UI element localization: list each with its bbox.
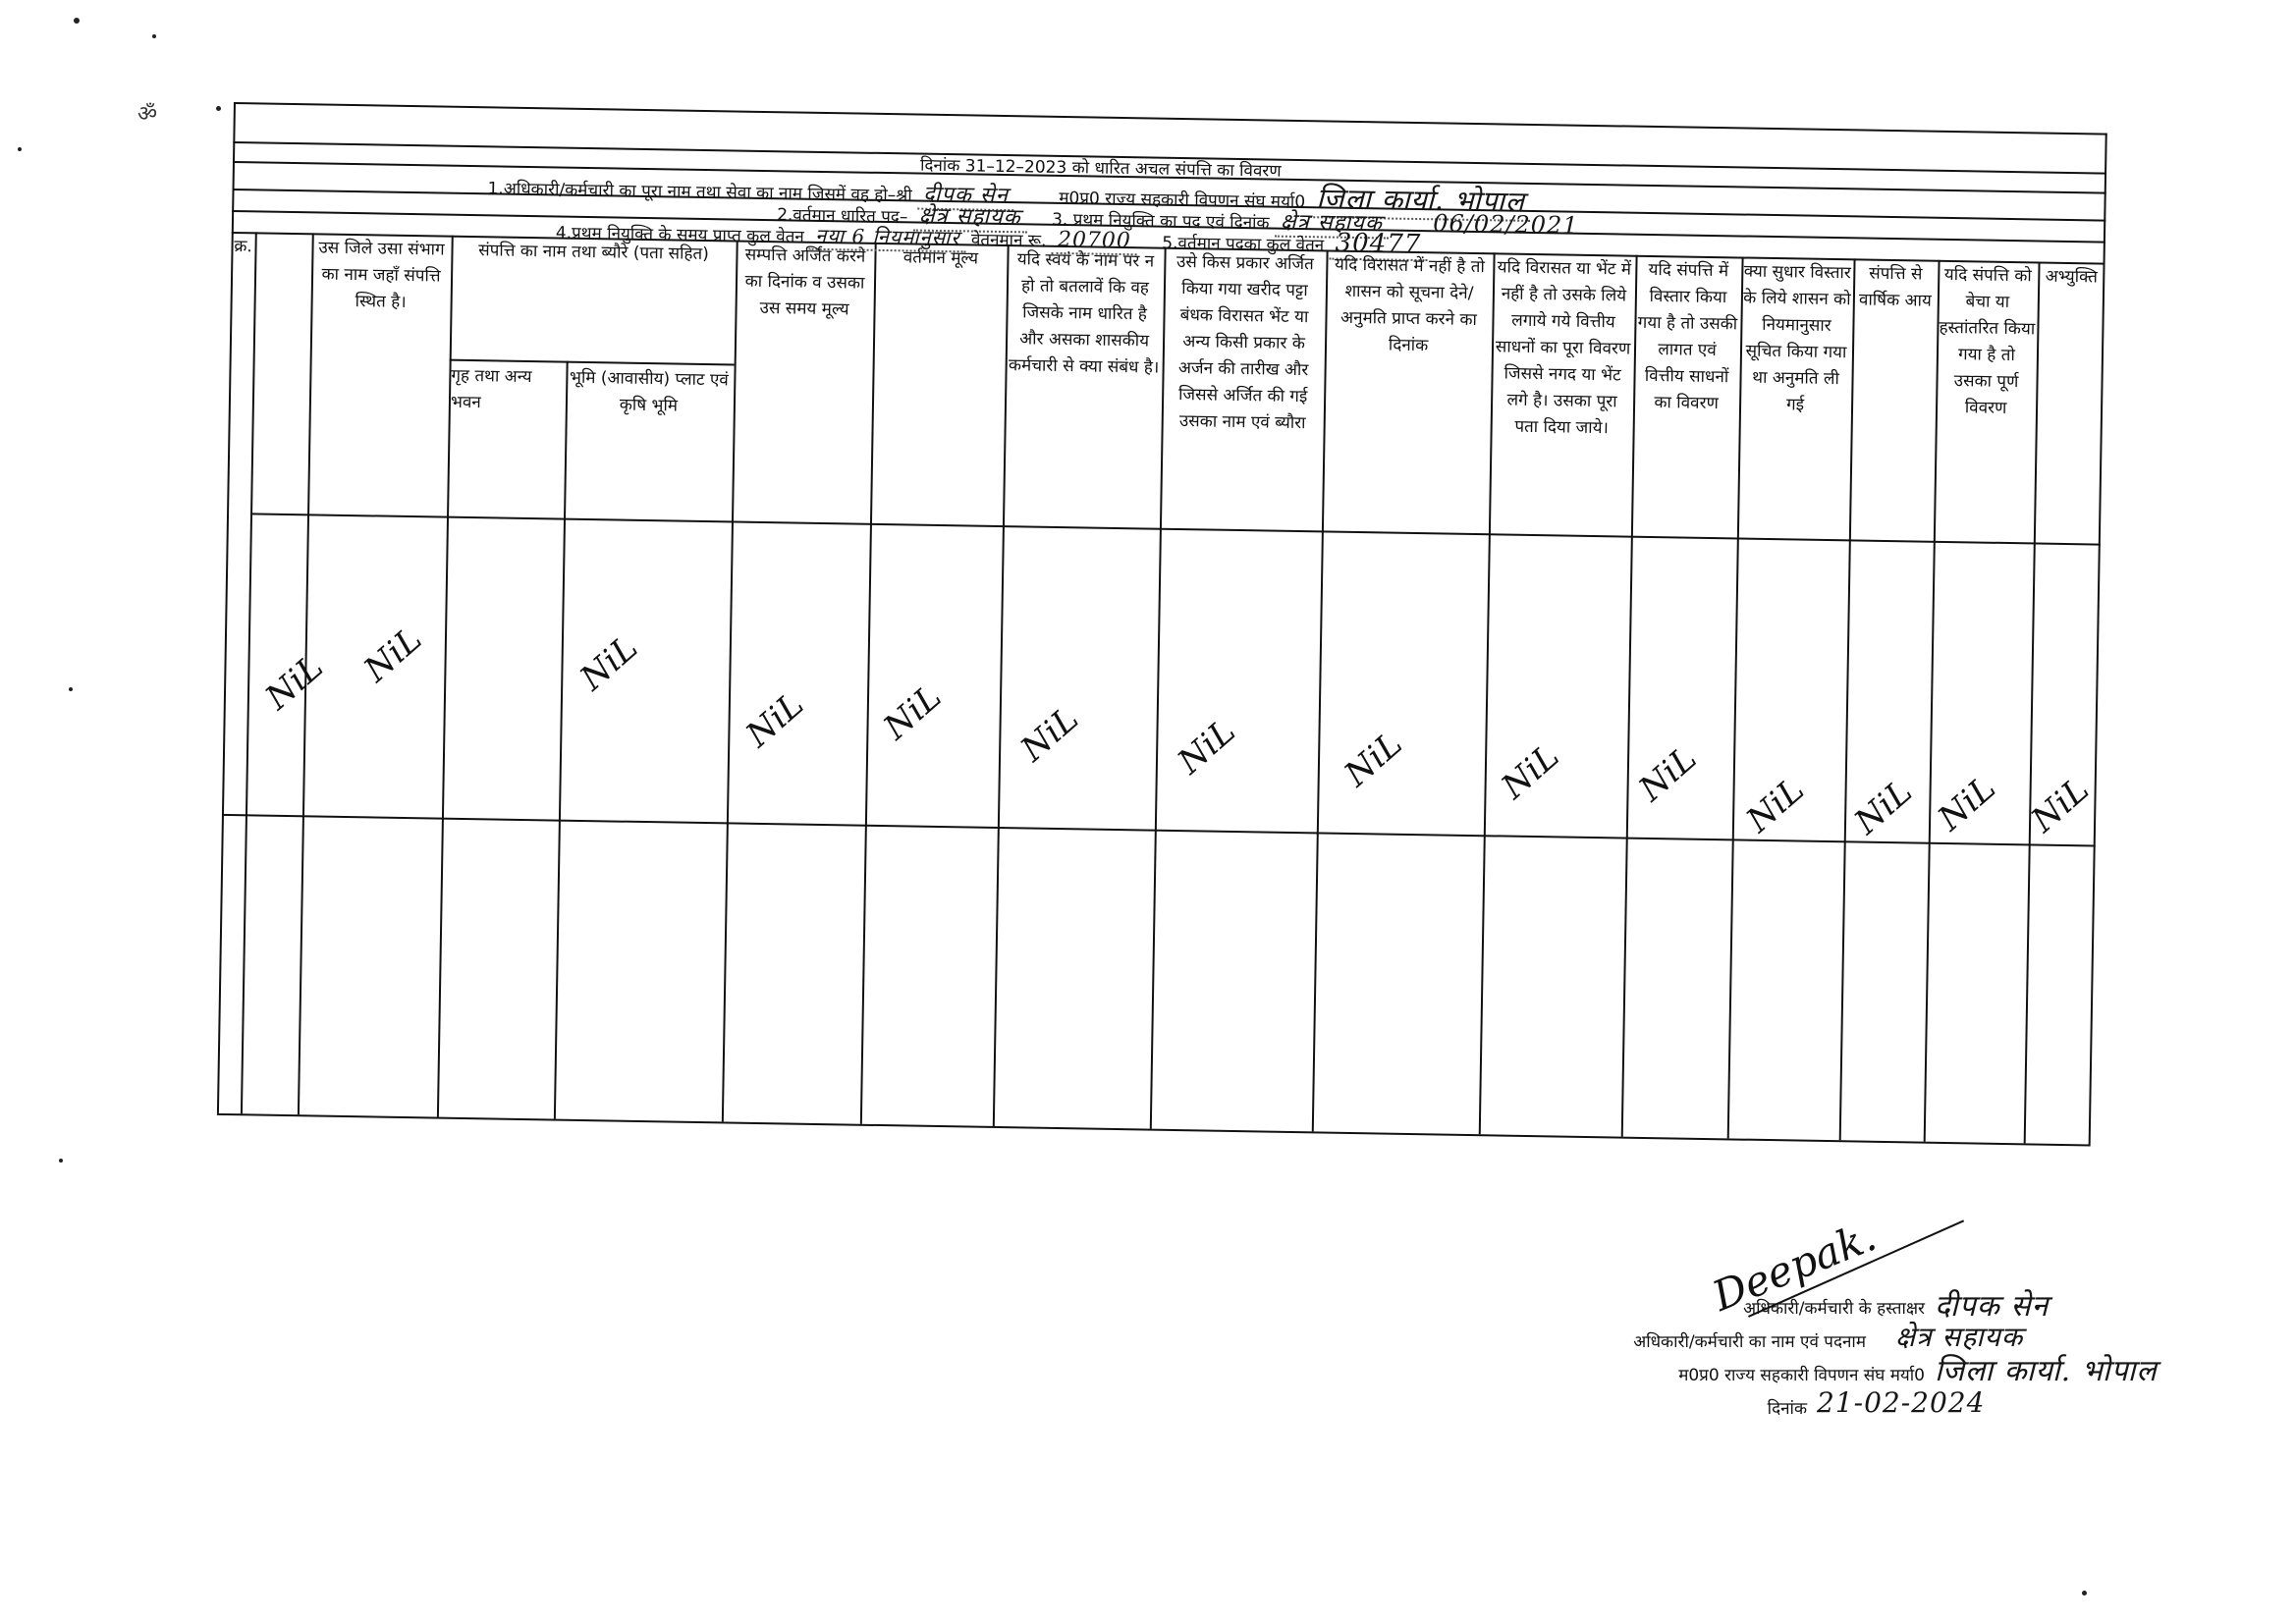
- col-header-land: भूमि (आवासीय) प्लाट एवं कृषि भूमि: [568, 365, 731, 421]
- col-header-remarks: अभ्युक्ति: [2040, 264, 2103, 292]
- asset-statement-form: दिनांक 31–12–2023 को धारित अचल संपत्ति क…: [215, 102, 2106, 1242]
- org-label: म0प्र0 राज्य सहकारी विपणन संघ मर्या0: [1678, 1363, 1925, 1385]
- col-header-expansion-permission: क्या सुधार विस्तार के लिये शासन को नियमा…: [1741, 259, 1852, 420]
- cell-finance-details: NiL: [1495, 736, 1567, 807]
- field-first-post-date: 06/02/2021: [1433, 209, 1579, 239]
- col-header-owner-relation: यदि स्वयं के नाम पर न हो तो बतलावें कि व…: [1007, 246, 1162, 382]
- col-header-house: गृह तथा अन्य भवन: [451, 363, 565, 418]
- name-label: अधिकारी/कर्मचारी का नाम एवं पदनाम: [1633, 1329, 1866, 1352]
- col-header-acquired-date: सम्पत्ति अर्जित करने का दिनांक व उसका उस…: [737, 243, 872, 324]
- col-header-property-group: संपत्ति का नाम तथा ब्यौरे (पता सहित): [453, 238, 734, 269]
- scan-speck: [216, 106, 221, 111]
- date-value: 21-02-2024: [1817, 1386, 1985, 1419]
- cell-remarks: NiL: [2024, 770, 2097, 840]
- cell-permission-date: NiL: [1338, 724, 1410, 794]
- scanned-page: ॐ दिनांक 31–12–2023: [0, 0, 2296, 1624]
- col-header-sold-transferred: यदि संपत्ति को बेचा या हस्तांतरित किया ग…: [1938, 262, 2037, 423]
- scan-speck: [18, 147, 22, 151]
- sign-label: अधिकारी/कर्मचारी के हस्ताक्षर: [1743, 1296, 1925, 1319]
- col-header-finance-details: यदि विरासत या भेंट में नहीं है तो उसके ल…: [1492, 254, 1633, 442]
- signature-block: अधिकारी/कर्मचारी के हस्ताक्षर दीपक सेन अ…: [1552, 1296, 2219, 1430]
- col-header-acquisition-mode: उसे किस प्रकार अर्जित किया गया खरीद पट्ट…: [1164, 249, 1325, 438]
- cell-acquired-date: NiL: [738, 684, 811, 755]
- cell-current-value: NiL: [876, 677, 949, 748]
- scan-speck: [74, 18, 80, 24]
- cell-expansion-cost: NiL: [1631, 738, 1704, 809]
- cell-annual-income: NiL: [1847, 772, 1920, 842]
- org-value: जिला कार्या. भोपाल: [1935, 1349, 2158, 1389]
- col-header-expansion-cost: यदि संपत्ति में विस्तार किया गया है तो उ…: [1635, 257, 1740, 418]
- col-header-serial: क्र.: [231, 234, 254, 260]
- cell-land: NiL: [573, 628, 645, 699]
- col-header-annual-income: संपत्ति से वार्षिक आय: [1855, 260, 1937, 314]
- cell-house: NiL: [356, 620, 429, 690]
- scan-speck: [59, 1159, 63, 1163]
- col-header-district-text: उस जिले उसा संभाग का नाम जहाँ संपत्ति स्…: [312, 235, 449, 316]
- col-header-current-value: वर्तमान मूल्य: [876, 244, 1005, 273]
- cell-expansion-permission: NiL: [1739, 770, 1812, 840]
- col-header-permission-date: यदि विरासत में नहीं है तो शासन को सूचना …: [1327, 252, 1492, 361]
- cell-sold-transferred: NiL: [1931, 769, 2003, 839]
- scan-speck: [69, 687, 73, 691]
- cell-district: NiL: [258, 647, 331, 718]
- scan-speck: [152, 34, 156, 38]
- scan-speck: [2082, 1591, 2087, 1596]
- scan-mark: ॐ: [137, 98, 157, 128]
- cell-owner-relation: NiL: [1013, 699, 1086, 770]
- date-label: दिनांक: [1768, 1396, 1807, 1419]
- cell-acquisition-mode: NiL: [1171, 712, 1243, 783]
